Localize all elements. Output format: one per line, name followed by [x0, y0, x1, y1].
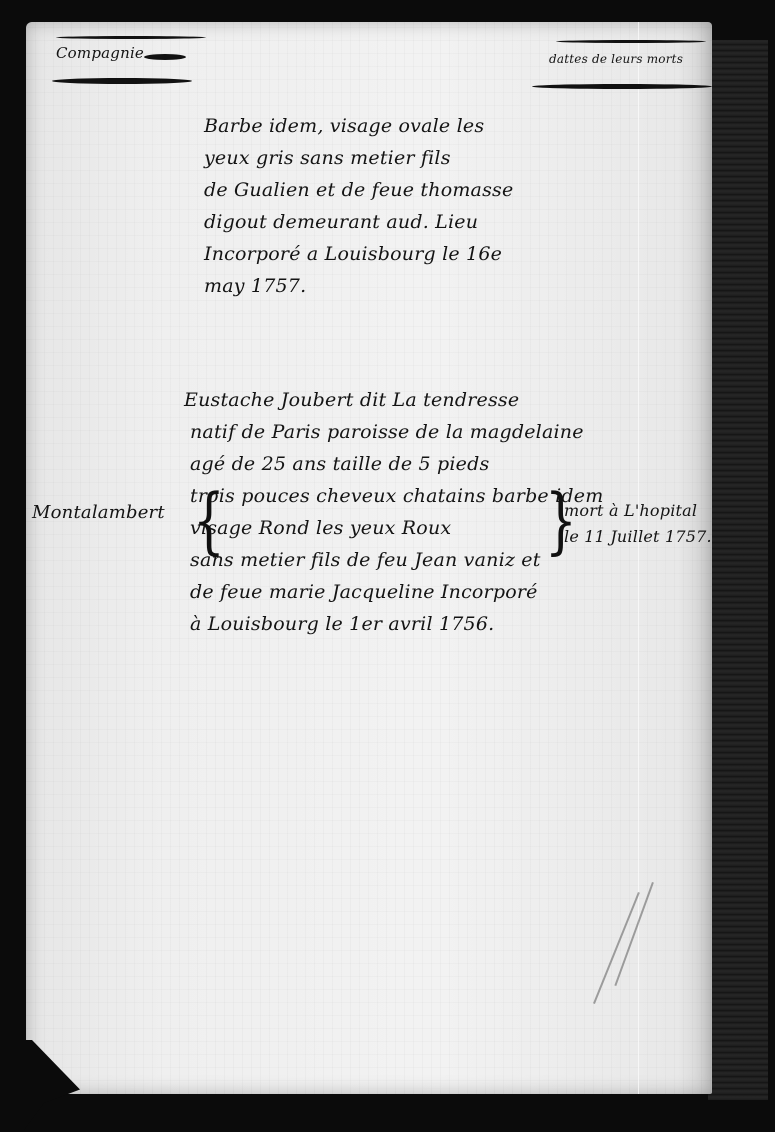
entry-1-line: de Gualien et de feue thomasse	[204, 174, 513, 206]
left-brace: {	[193, 484, 225, 556]
entry-2-line: visage Rond les yeux Roux	[184, 512, 603, 544]
death-note-line: mort à L'hopital	[564, 498, 712, 524]
death-note: mort à L'hopital le 11 Juillet 1757.	[564, 498, 712, 550]
entry-2-line: trois pouces cheveux chatains barbe idem	[184, 480, 603, 512]
header-flourish-left	[144, 54, 186, 60]
entry-2-line: de feue marie Jacqueline Incorporé	[184, 576, 603, 608]
fold-line	[638, 22, 639, 1094]
scan-edge-strip	[708, 40, 768, 1100]
entry-2-name: Eustache Joubert dit La tendresse	[184, 384, 603, 416]
entry-2-line: à Louisbourg le 1er avril 1756.	[184, 608, 603, 640]
entry-1-line: Barbe idem, visage ovale les	[204, 110, 513, 142]
column-header-death-dates: dattes de leurs morts	[549, 52, 683, 66]
entry-1-line: may 1757.	[204, 270, 513, 302]
entry-2-line: agé de 25 ans taille de 5 pieds	[184, 448, 603, 480]
entry-1-line: Incorporé a Louisbourg le 16e	[204, 238, 513, 270]
header-rule-top-right	[556, 40, 706, 43]
company-name-montalambert: Montalambert	[32, 502, 165, 523]
register-entry-2: Eustache Joubert dit La tendresse natif …	[184, 384, 603, 640]
register-entry-1: Barbe idem, visage ovale les yeux gris s…	[204, 110, 513, 302]
entry-1-line: yeux gris sans metier fils	[204, 142, 513, 174]
paper-scratch	[593, 892, 640, 1004]
header-rule-bottom-right	[532, 84, 712, 89]
entry-2-line: natif de Paris paroisse de la magdelaine	[184, 416, 603, 448]
column-header-company: Compagnie	[56, 44, 144, 62]
death-note-line: le 11 Juillet 1757.	[564, 524, 712, 550]
document-page: Compagnie dattes de leurs morts Barbe id…	[26, 22, 712, 1094]
entry-1-line: digout demeurant aud. Lieu	[204, 206, 513, 238]
header-rule-top-left	[56, 36, 206, 39]
entry-2-line: sans metier fils de feu Jean vaniz et	[184, 544, 603, 576]
header-rule-bottom-left	[52, 78, 192, 84]
